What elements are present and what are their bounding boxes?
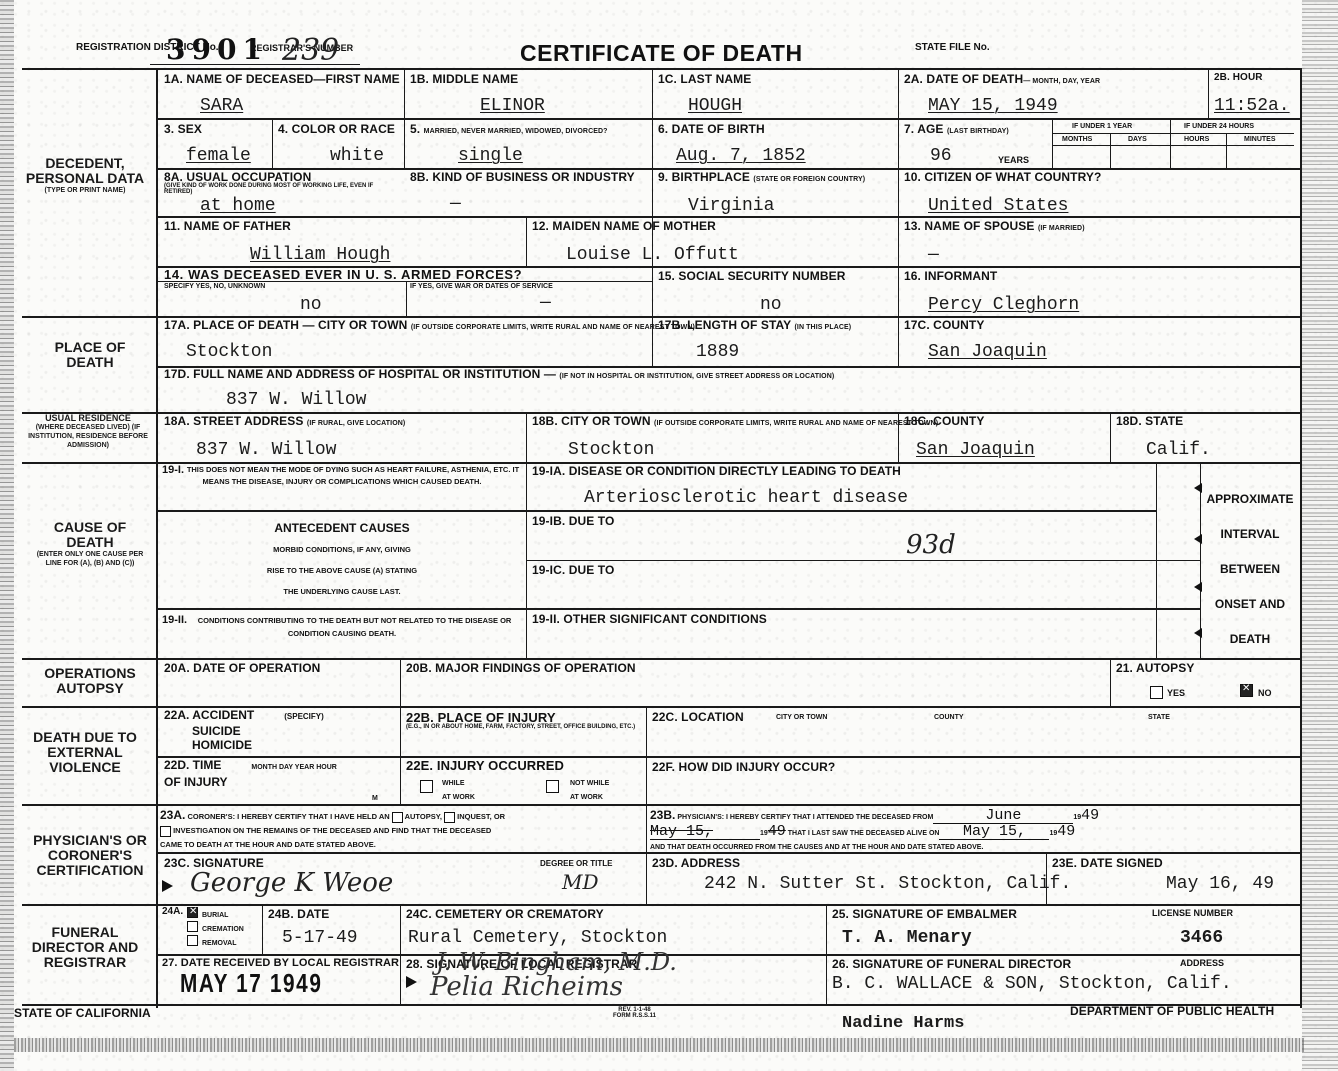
- date-signed-label: 23E. DATE SIGNED: [1052, 856, 1163, 870]
- section-decedent: DECEDENT, PERSONAL DATA (TYPE OR PRINT N…: [20, 156, 150, 195]
- res-street-value: 837 W. Willow: [196, 440, 336, 460]
- res-county-value: San Joaquin: [916, 440, 1035, 460]
- res-county-label: 18C. COUNTY: [904, 414, 984, 428]
- license-value: 3466: [1180, 928, 1223, 948]
- cause-b-label: 19-IB. DUE TO: [532, 514, 614, 528]
- page-title: CERTIFICATE OF DEATH: [520, 40, 803, 67]
- autopsy-yes-label: YES: [1167, 689, 1185, 697]
- how-injury-label: 22F. HOW DID INJURY OCCUR?: [652, 760, 835, 774]
- operation-findings-label: 20B. MAJOR FINDINGS OF OPERATION: [406, 661, 636, 675]
- injury-city-label: CITY OR TOWN: [776, 714, 827, 722]
- cause-a-value: Arteriosclerotic heart disease: [584, 488, 908, 508]
- section-external-violence: DEATH DUE TO EXTERNAL VIOLENCE: [30, 730, 140, 775]
- date-received-value: MAY 17 1949: [180, 968, 323, 999]
- age-label: 7. AGE (LAST BIRTHDAY): [904, 122, 1009, 136]
- injury-while-at-work-checkbox[interactable]: [420, 780, 433, 793]
- marital-value: single: [458, 146, 523, 166]
- cemetery-label: 24C. CEMETERY OR CREMATORY: [406, 907, 604, 921]
- phys-address-label: 23D. ADDRESS: [652, 856, 740, 870]
- informant-label: 16. INFORMANT: [904, 269, 997, 283]
- disposition-label: 24A.: [162, 908, 183, 916]
- place-county-value: San Joaquin: [928, 342, 1047, 362]
- registrar-number: 239: [282, 33, 339, 68]
- dob-value: Aug. 7, 1852: [676, 146, 806, 166]
- time-injury-m: M: [372, 795, 378, 803]
- injury-not-while-at-work-checkbox[interactable]: [546, 780, 559, 793]
- res-city-value: Stockton: [568, 440, 654, 460]
- occupation-value: at home: [200, 196, 276, 216]
- interval-label: APPROXIMATE INTERVAL BETWEEN ONSET AND D…: [1202, 482, 1298, 657]
- section-usual-residence: USUAL RESIDENCE (WHERE DECEASED LIVED) (…: [20, 413, 156, 450]
- months-label: MONTHS: [1062, 136, 1092, 144]
- date-of-death-label: 2A. DATE OF DEATH— MONTH, DAY, YEAR: [904, 72, 1100, 86]
- hour-value: 11:52a.: [1214, 96, 1290, 116]
- operation-date-label: 20A. DATE OF OPERATION: [164, 661, 320, 675]
- spouse-label: 13. NAME OF SPOUSE (IF MARRIED): [904, 219, 1085, 233]
- burial-checkbox[interactable]: [187, 907, 198, 918]
- sex-label: 3. SEX: [164, 122, 202, 136]
- degree-label: DEGREE OR TITLE: [540, 860, 612, 868]
- age-value: 96: [930, 146, 952, 166]
- registration-district-label: REGISTRATION DISTRICT No.: [76, 42, 156, 54]
- length-of-stay-value: 1889: [696, 342, 739, 362]
- removal-checkbox[interactable]: [187, 935, 198, 946]
- contributing-note: 19-II. CONDITIONS CONTRIBUTING TO THE DE…: [162, 614, 522, 640]
- citizen-label: 10. CITIZEN OF WHAT COUNTRY?: [904, 170, 1101, 184]
- cause-c-label: 19-IC. DUE TO: [532, 563, 614, 577]
- sex-value: female: [186, 146, 251, 166]
- race-value: white: [330, 146, 384, 166]
- armed-forces-label: 14. WAS DECEASED EVER IN U. S. ARMED FOR…: [164, 267, 522, 282]
- autopsy-no-label: NO: [1258, 689, 1272, 697]
- res-city-label: 18B. CITY OR TOWN (IF OUTSIDE CORPORATE …: [532, 414, 938, 428]
- cause-b-value: 93d: [906, 530, 956, 560]
- local-registrar-signature-2: Pelia Richeims: [430, 972, 623, 1002]
- war-label: IF YES, GIVE WAR OR DATES OF SERVICE: [410, 283, 553, 291]
- father-label: 11. NAME OF FATHER: [164, 219, 291, 233]
- place-city-label: 17A. PLACE OF DEATH — CITY OR TOWN (IF O…: [164, 318, 695, 332]
- last-name-value: HOUGH: [688, 96, 742, 116]
- coroner-autopsy-checkbox[interactable]: [392, 812, 403, 823]
- autopsy-no-checkbox[interactable]: [1240, 684, 1253, 697]
- coroner-inquest-checkbox[interactable]: [444, 812, 455, 823]
- disposition-date-value: 5-17-49: [282, 928, 358, 948]
- minutes-label: MINUTES: [1244, 136, 1276, 144]
- scan-edge-right: [1302, 0, 1338, 1071]
- injury-state-label: STATE: [1148, 714, 1170, 722]
- hour-label: 2B. HOUR: [1214, 72, 1263, 83]
- embalmer-value: T. A. Menary: [842, 928, 972, 948]
- marital-label: 5. MARRIED, NEVER MARRIED, WIDOWED, DIVO…: [410, 122, 608, 136]
- middle-name-value: ELINOR: [480, 96, 545, 116]
- injury-occurred-label: 22E. INJURY OCCURRED: [406, 758, 564, 773]
- disposition-date-label: 24B. DATE: [268, 907, 329, 921]
- dob-label: 6. DATE OF BIRTH: [658, 122, 765, 136]
- age-years-label: YEARS: [998, 156, 1029, 164]
- license-label: LICENSE NUMBER: [1152, 909, 1233, 917]
- length-of-stay-label: 17B. LENGTH OF STAY (IN THIS PLACE): [658, 318, 851, 332]
- under-24-hours-label: IF UNDER 24 HOURS: [1184, 123, 1254, 131]
- section-cause-of-death: CAUSE OF DEATH (ENTER ONLY ONE CAUSE PER…: [30, 520, 150, 568]
- state-of-california: STATE OF CALIFORNIA: [14, 1006, 151, 1020]
- date-of-death-value: MAY 15, 1949: [928, 96, 1058, 116]
- hospital-label: 17D. FULL NAME AND ADDRESS OF HOSPITAL O…: [164, 367, 834, 381]
- scan-edge-left: [0, 0, 14, 1071]
- cemetery-value: Rural Cemetery, Stockton: [408, 928, 667, 948]
- place-injury-sublabel: (E.G., IN OR ABOUT HOME, FARM, FACTORY, …: [406, 724, 642, 730]
- armed-forces-value: no: [300, 295, 322, 315]
- mother-label: 12. MAIDEN NAME OF MOTHER: [532, 219, 716, 233]
- occupation-sublabel: (GIVE KIND OF WORK DONE DURING MOST OF W…: [164, 183, 400, 195]
- res-state-label: 18D. STATE: [1116, 414, 1183, 428]
- middle-name-label: 1B. MIDDLE NAME: [410, 72, 518, 86]
- section-place-of-death: PLACE OF DEATH: [30, 340, 150, 370]
- citizen-value: United States: [928, 196, 1068, 216]
- injury-location-label: 22C. LOCATION: [652, 710, 744, 724]
- spouse-value: —: [928, 245, 939, 265]
- hours-label: HOURS: [1184, 136, 1209, 144]
- ssn-value: no: [760, 295, 782, 315]
- state-file-label: STATE FILE No.: [915, 42, 965, 54]
- place-county-label: 17C. COUNTY: [904, 318, 984, 332]
- cremation-checkbox[interactable]: [187, 921, 198, 932]
- hospital-value: 837 W. Willow: [226, 390, 366, 410]
- section-certification: PHYSICIAN'S OR CORONER'S CERTIFICATION: [20, 833, 160, 878]
- clerk-name: Nadine Harms: [842, 1014, 964, 1033]
- coroner-investigation-checkbox[interactable]: [160, 826, 171, 837]
- funeral-address-label: ADDRESS: [1180, 959, 1224, 967]
- coroner-statement: 23A. CORONER'S: I HEREBY CERTIFY THAT I …: [160, 808, 644, 852]
- physician-statement: 23B. PHYSICIAN'S: I HEREBY CERTIFY THAT …: [650, 808, 1296, 855]
- place-city-value: Stockton: [186, 342, 272, 362]
- armed-forces-specify-label: SPECIFY YES, NO, UNKNOWN: [164, 283, 265, 291]
- ssn-label: 15. SOCIAL SECURITY NUMBER: [658, 269, 846, 283]
- accident-label: 22A. ACCIDENT(SPECIFY) SUICIDE HOMICIDE: [164, 708, 324, 752]
- war-value: —: [540, 293, 551, 313]
- section-operations: OPERATIONS AUTOPSY: [30, 666, 150, 696]
- embalmer-label: 25. SIGNATURE OF EMBALMER: [832, 907, 1017, 921]
- other-conditions-label: 19-II. OTHER SIGNIFICANT CONDITIONS: [532, 612, 767, 626]
- funeral-director-label: 26. SIGNATURE OF FUNERAL DIRECTOR: [832, 957, 1071, 971]
- business-value: —: [450, 194, 461, 214]
- last-name-label: 1C. LAST NAME: [658, 72, 751, 86]
- father-value: William Hough: [250, 245, 390, 265]
- autopsy-label: 21. AUTOPSY: [1116, 661, 1194, 675]
- business-label: 8B. KIND OF BUSINESS OR INDUSTRY: [410, 170, 635, 184]
- department: DEPARTMENT OF PUBLIC HEALTH: [1070, 1004, 1274, 1018]
- time-injury-label: 22D. TIMEMONTH DAY YEAR HOUR OF INJURY: [164, 758, 337, 789]
- section-funeral: FUNERAL DIRECTOR AND REGISTRAR: [30, 925, 140, 970]
- scan-edge-bottom: [14, 1038, 1304, 1052]
- res-state-value: Calif.: [1146, 440, 1211, 460]
- autopsy-yes-checkbox[interactable]: [1150, 686, 1163, 699]
- physician-signature: George K Weoe: [190, 868, 393, 898]
- under-1-year-label: IF UNDER 1 YEAR: [1072, 123, 1132, 131]
- physician-degree: MD: [562, 870, 599, 894]
- place-injury-label: 22B. PLACE OF INJURY: [406, 710, 556, 725]
- first-name-label: 1A. NAME OF DECEASED—FIRST NAME: [164, 72, 400, 86]
- birthplace-value: Virginia: [688, 196, 774, 216]
- disposition-options: BURIALCREMATIONREMOVAL: [202, 909, 244, 951]
- cause-note: 19-I. THIS DOES NOT MEAN THE MODE OF DYI…: [162, 464, 522, 488]
- injury-county-label: COUNTY: [934, 714, 964, 722]
- res-street-label: 18A. STREET ADDRESS (IF RURAL, GIVE LOCA…: [164, 414, 405, 428]
- funeral-director-value: B. C. WALLACE & SON, Stockton, Calif.: [832, 974, 1232, 994]
- cause-a-label: 19-IA. DISEASE OR CONDITION DIRECTLY LEA…: [532, 464, 901, 478]
- injury-while-label: WHILEAT WORK: [442, 777, 475, 805]
- phys-address-value: 242 N. Sutter St. Stockton, Calif.: [704, 874, 1071, 894]
- days-label: DAYS: [1128, 136, 1147, 144]
- injury-not-while-label: NOT WHILEAT WORK: [570, 777, 609, 805]
- antecedent-causes: ANTECEDENT CAUSES MORBID CONDITIONS, IF …: [162, 518, 522, 602]
- form-number: REV. 1-1-48FORM R.S.S.11: [613, 1007, 656, 1019]
- mother-value: Louise L. Offutt: [566, 245, 739, 265]
- birthplace-label: 9. BIRTHPLACE (STATE OR FOREIGN COUNTRY): [658, 170, 865, 184]
- race-label: 4. COLOR OR RACE: [278, 122, 395, 136]
- first-name-value: SARA: [200, 96, 243, 116]
- occupation-label: 8A. USUAL OCCUPATION: [164, 170, 311, 184]
- informant-value: Percy Cleghorn: [928, 295, 1079, 315]
- date-signed-value: May 16, 49: [1166, 874, 1274, 894]
